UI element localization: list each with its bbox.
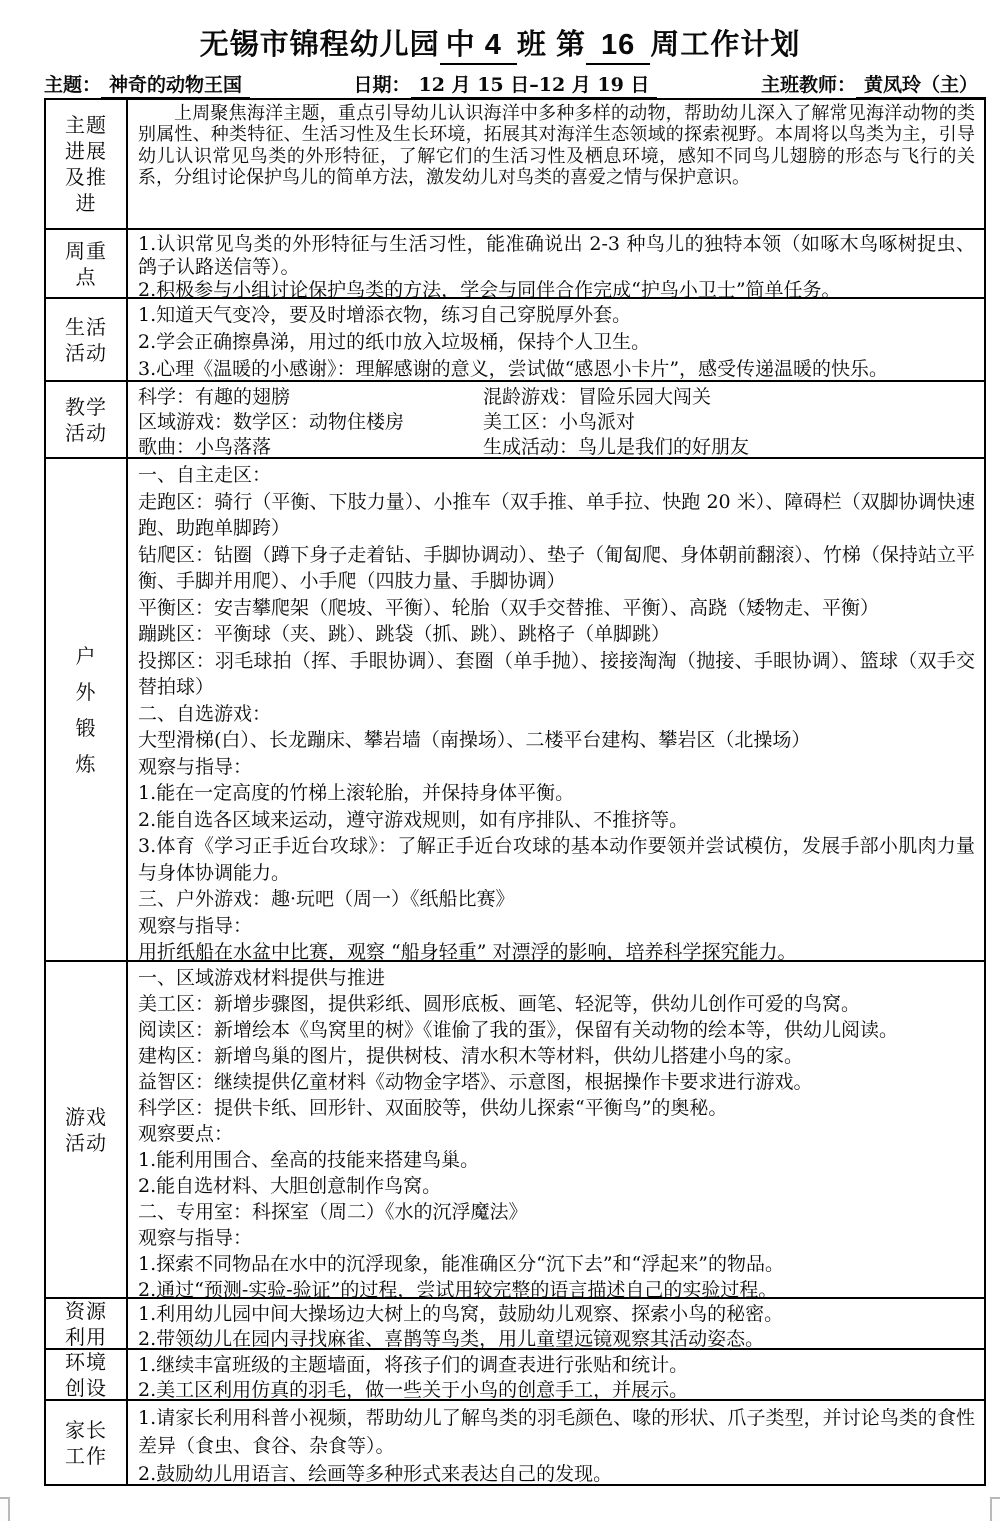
row-teaching-activities: 教学活动 科学：有趣的翅膀区域游戏：数学区：动物住楼房歌曲：小鸟落落 混龄游戏：…	[46, 380, 984, 457]
label-line: 主题	[65, 112, 107, 138]
meta-line: 主题：神奇的动物王国 日期：12 月 15 日–12 月 19 日 主班教师：黄…	[44, 70, 986, 97]
row-label-resource-use: 资源利用	[46, 1299, 128, 1348]
label-line: 炼	[76, 746, 97, 782]
label-line: 周重	[65, 238, 107, 264]
row-resource-use: 资源利用 1.利用幼儿园中间大操场边大树上的鸟窝，鼓励幼儿观察、探索小鸟的秘密。…	[46, 1297, 984, 1348]
row-content-teaching-activities: 科学：有趣的翅膀区域游戏：数学区：动物住楼房歌曲：小鸟落落 混龄游戏：冒险乐园大…	[128, 382, 984, 457]
paragraph: 3.体育《学习正手近台攻球》：了解正手近台攻球的基本动作要领并尝试模仿，发展手部…	[138, 833, 975, 886]
paragraph: 1.继续丰富班级的主题墙面，将孩子们的调查表进行张贴和统计。	[138, 1353, 975, 1378]
paragraph: 2.鼓励幼儿用语言、绘画等多种形式来表达自己的发现。	[138, 1460, 975, 1484]
paragraph: 2.能自选材料、大胆创意制作鸟窝。	[138, 1173, 975, 1199]
label-line: 利用	[65, 1324, 107, 1349]
date-label: 日期：	[354, 75, 411, 96]
row-label-game-activities: 游戏活动	[46, 962, 128, 1297]
teacher-value: 黄凤玲（主）	[856, 74, 986, 99]
paragraph: 蹦跳区：平衡球（夹、跳）、跳袋（抓、跳）、跳格子（单脚跳）	[138, 621, 975, 648]
paragraph: 二、专用室：科探室（周二）《水的沉浮魔法》	[138, 1199, 975, 1225]
row-environment-setup: 环境创设 1.继续丰富班级的主题墙面，将孩子们的调查表进行张贴和统计。2.美工区…	[46, 1348, 984, 1399]
row-label-parent-work: 家长工作	[46, 1401, 128, 1484]
subject-label: 主题：	[44, 75, 101, 96]
label-line: 锻	[76, 710, 97, 746]
paragraph: 1.知道天气变冷，要及时增添衣物，练习自己穿脱厚外套。	[138, 302, 975, 329]
label-line: 进	[76, 190, 97, 216]
paragraph: 1.能在一定高度的竹梯上滚轮胎，并保持身体平衡。	[138, 780, 975, 807]
label-line: 点	[76, 264, 97, 290]
row-label-theme-progress: 主题进展及推进	[46, 100, 128, 228]
paragraph: 2.学会正确擦鼻涕，用过的纸巾放入垃圾桶，保持个人卫生。	[138, 329, 975, 356]
label-line: 工作	[65, 1443, 107, 1469]
paragraph: 观察与指导：	[138, 1225, 975, 1251]
title-text: 无锡市锦程幼儿园	[200, 29, 440, 61]
row-content-theme-progress: 上周聚焦海洋主题，重点引导幼儿认识海洋中多种多样的动物，帮助幼儿深入了解常见海洋…	[128, 100, 984, 228]
paragraph: 2.积极参与小组讨论保护鸟类的方法，学会与同伴合作完成“护鸟小卫士”简单任务。	[138, 279, 975, 297]
meta-date: 日期：12 月 15 日–12 月 19 日	[354, 70, 658, 97]
paragraph: 2.能自选各区域来运动，遵守游戏规则，如有序排队、不推挤等。	[138, 807, 975, 834]
paragraph: 1.请家长利用科普小视频，帮助幼儿了解鸟类的羽毛颜色、喙的形状、爪子类型，并讨论…	[138, 1404, 975, 1460]
label-line: 外	[76, 674, 97, 710]
paragraph: 1.利用幼儿园中间大操场边大树上的鸟窝，鼓励幼儿观察、探索小鸟的秘密。	[138, 1302, 975, 1327]
teacher-label: 主班教师：	[761, 75, 856, 96]
title-week-underlined: 16	[586, 29, 650, 65]
row-label-environment-setup: 环境创设	[46, 1350, 128, 1399]
document-page: 无锡市锦程幼儿园中 4 班 第 16 周工作计划 主题：神奇的动物王国 日期：1…	[0, 0, 1000, 1521]
paragraph: 科学：有趣的翅膀	[138, 385, 483, 410]
label-line: 户	[76, 638, 97, 674]
label-line: 教学	[65, 394, 107, 420]
label-line: 创设	[65, 1375, 107, 1400]
row-theme-progress: 主题进展及推进 上周聚焦海洋主题，重点引导幼儿认识海洋中多种多样的动物，帮助幼儿…	[46, 100, 984, 228]
teaching-left-column: 科学：有趣的翅膀区域游戏：数学区：动物住楼房歌曲：小鸟落落	[138, 385, 483, 457]
row-label-week-focus: 周重点	[46, 230, 128, 297]
paragraph: 美工区：小鸟派对	[483, 410, 975, 435]
paragraph: 三、户外游戏：趣·玩吧（周一）《纸船比赛》	[138, 886, 975, 913]
paragraph: 一、自主走区：	[138, 462, 975, 489]
paragraph: 2.美工区利用仿真的羽毛，做一些关于小鸟的创意手工，并展示。	[138, 1378, 975, 1399]
row-parent-work: 家长工作 1.请家长利用科普小视频，帮助幼儿了解鸟类的羽毛颜色、喙的形状、爪子类…	[46, 1399, 984, 1484]
row-content-daily-life: 1.知道天气变冷，要及时增添衣物，练习自己穿脱厚外套。2.学会正确擦鼻涕，用过的…	[128, 299, 984, 380]
paragraph: 走跑区：骑行（平衡、下肢力量）、小推车（双手推、单手拉、快跑 20 米）、障碍栏…	[138, 489, 975, 542]
date-value: 12 月 15 日–12 月 19 日	[411, 74, 658, 99]
paragraph: 上周聚焦海洋主题，重点引导幼儿认识海洋中多种多样的动物，帮助幼儿深入了解常见海洋…	[138, 103, 975, 189]
row-week-focus: 周重点 1.认识常见鸟类的外形特征与生活习性，能准确说出 2-3 种鸟儿的独特本…	[46, 228, 984, 297]
subject-value: 神奇的动物王国	[101, 74, 250, 99]
title-class-underlined: 中 4	[440, 29, 517, 65]
label-line: 家长	[65, 1417, 107, 1443]
paragraph: 歌曲：小鸟落落	[138, 435, 483, 457]
row-content-game-activities: 一、区域游戏材料提供与推进美工区：新增步骤图，提供彩纸、圆形底板、画笔、轻泥等，…	[128, 962, 984, 1297]
row-content-week-focus: 1.认识常见鸟类的外形特征与生活习性，能准确说出 2-3 种鸟儿的独特本领（如啄…	[128, 230, 984, 297]
paragraph: 生成活动：鸟儿是我们的好朋友	[483, 435, 975, 457]
paragraph: 二、自选游戏：	[138, 701, 975, 728]
meta-subject: 主题：神奇的动物王国	[44, 70, 250, 97]
paragraph: 一、区域游戏材料提供与推进	[138, 965, 975, 991]
label-line: 游戏	[65, 1104, 107, 1130]
label-line: 资源	[65, 1298, 107, 1324]
row-content-outdoor-exercise: 一、自主走区：走跑区：骑行（平衡、下肢力量）、小推车（双手推、单手拉、快跑 20…	[128, 459, 984, 960]
label-line: 进展	[65, 138, 107, 164]
row-label-teaching-activities: 教学活动	[46, 382, 128, 457]
title-text: 班 第	[517, 29, 586, 61]
teaching-columns: 科学：有趣的翅膀区域游戏：数学区：动物住楼房歌曲：小鸟落落 混龄游戏：冒险乐园大…	[138, 385, 975, 457]
paragraph: 观察与指导：	[138, 754, 975, 781]
paragraph: 2.带领幼儿在园内寻找麻雀、喜鹊等鸟类，用儿童望远镜观察其活动姿态。	[138, 1327, 975, 1348]
paragraph: 用折纸船在水盆中比赛，观察 “船身轻重” 对漂浮的影响，培养科学探究能力。	[138, 939, 975, 960]
paragraph: 观察与指导：	[138, 913, 975, 940]
paragraph: 1.探索不同物品在水中的沉浮现象，能准确区分“沉下去”和“浮起来”的物品。	[138, 1251, 975, 1277]
scan-artifact-right	[990, 1497, 1000, 1521]
label-line: 及推	[65, 164, 107, 190]
paragraph: 平衡区：安吉攀爬架（爬坡、平衡）、轮胎（双手交替推、平衡）、高跷（矮物走、平衡）	[138, 595, 975, 622]
paragraph: 建构区：新增鸟巢的图片，提供树枝、清水积木等材料，供幼儿搭建小鸟的家。	[138, 1043, 975, 1069]
paragraph: 美工区：新增步骤图，提供彩纸、圆形底板、画笔、轻泥等，供幼儿创作可爱的鸟窝。	[138, 991, 975, 1017]
row-label-daily-life: 生活活动	[46, 299, 128, 380]
paragraph: 1.认识常见鸟类的外形特征与生活习性，能准确说出 2-3 种鸟儿的独特本领（如啄…	[138, 233, 975, 279]
row-outdoor-exercise: 户外锻炼 一、自主走区：走跑区：骑行（平衡、下肢力量）、小推车（双手推、单手拉、…	[46, 457, 984, 960]
label-line: 活动	[65, 1130, 107, 1156]
paragraph: 区域游戏：数学区：动物住楼房	[138, 410, 483, 435]
label-line: 环境	[65, 1349, 107, 1375]
paragraph: 混龄游戏：冒险乐园大闯关	[483, 385, 975, 410]
scan-artifact-left	[0, 1497, 10, 1521]
document-title: 无锡市锦程幼儿园中 4 班 第 16 周工作计划	[0, 22, 1000, 63]
row-daily-life: 生活活动 1.知道天气变冷，要及时增添衣物，练习自己穿脱厚外套。2.学会正确擦鼻…	[46, 297, 984, 380]
paragraph: 大型滑梯(白）、长龙蹦床、攀岩墙（南操场）、二楼平台建构、攀岩区（北操场）	[138, 727, 975, 754]
paragraph: 钻爬区：钻圈（蹲下身子走着钻、手脚协调动）、垫子（匍匐爬、身体朝前翻滚）、竹梯（…	[138, 542, 975, 595]
row-content-environment-setup: 1.继续丰富班级的主题墙面，将孩子们的调查表进行张贴和统计。2.美工区利用仿真的…	[128, 1350, 984, 1399]
row-game-activities: 游戏活动 一、区域游戏材料提供与推进美工区：新增步骤图，提供彩纸、圆形底板、画笔…	[46, 960, 984, 1297]
paragraph: 观察要点：	[138, 1121, 975, 1147]
paragraph: 科学区：提供卡纸、回形针、双面胶等，供幼儿探索“平衡鸟”的奥秘。	[138, 1095, 975, 1121]
paragraph: 3.心理《温暖的小感谢》：理解感谢的意义，尝试做“感恩小卡片”，感受传递温暖的快…	[138, 356, 975, 380]
work-plan-table: 主题进展及推进 上周聚焦海洋主题，重点引导幼儿认识海洋中多种多样的动物，帮助幼儿…	[44, 98, 986, 1486]
row-content-parent-work: 1.请家长利用科普小视频，帮助幼儿了解鸟类的羽毛颜色、喙的形状、爪子类型，并讨论…	[128, 1401, 984, 1484]
paragraph: 益智区：继续提供亿童材料《动物金字塔》、示意图，根据操作卡要求进行游戏。	[138, 1069, 975, 1095]
paragraph: 投掷区：羽毛球拍（挥、手眼协调）、套圈（单手抛）、接接淘淘（抛接、手眼协调）、篮…	[138, 648, 975, 701]
paragraph: 2.通过“预测-实验-验证”的过程，尝试用较完整的语言描述自己的实验过程。	[138, 1277, 975, 1297]
row-content-resource-use: 1.利用幼儿园中间大操场边大树上的鸟窝，鼓励幼儿观察、探索小鸟的秘密。2.带领幼…	[128, 1299, 984, 1348]
label-line: 活动	[65, 340, 107, 366]
label-line: 生活	[65, 314, 107, 340]
paragraph: 1.能利用围合、垒高的技能来搭建鸟巢。	[138, 1147, 975, 1173]
title-text: 周工作计划	[650, 29, 800, 61]
meta-teacher: 主班教师：黄凤玲（主）	[761, 70, 986, 97]
label-line: 活动	[65, 420, 107, 446]
teaching-right-column: 混龄游戏：冒险乐园大闯关美工区：小鸟派对生成活动：鸟儿是我们的好朋友	[483, 385, 975, 457]
paragraph: 阅读区：新增绘本《鸟窝里的树》《谁偷了我的蛋》，保留有关动物的绘本等，供幼儿阅读…	[138, 1017, 975, 1043]
row-label-outdoor-exercise: 户外锻炼	[46, 459, 128, 960]
